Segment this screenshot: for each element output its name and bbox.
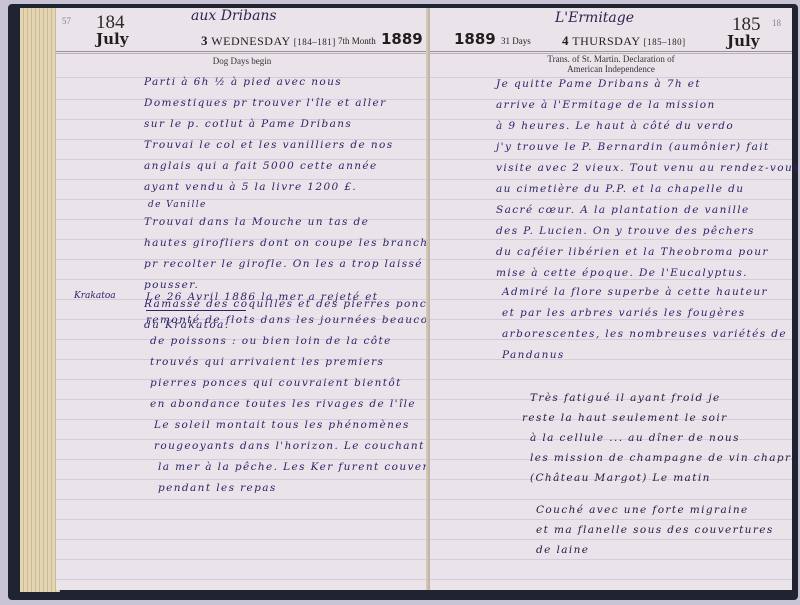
entry-line: rougeoyants dans l'horizon. Le couchant … [154,440,437,452]
entry-line: anglais qui a fait 5000 cette année [144,160,378,172]
corner-mark: 18 [772,18,781,28]
entry-line: Parti à 6h ½ à pied avec nous [144,76,342,88]
entry-line: visite avec 2 vieux. Tout venu au rendez… [496,162,800,174]
printed-note: Dog Days begin [56,56,428,66]
entry-line: de Vanille [148,200,207,210]
entry-line: trouvés qui arrivaient les premiers [150,356,384,368]
entry-line: Je quitte Pame Dribans à 7h et [496,78,701,90]
entry-line: Le soleil montait tous les phénomènes [154,419,410,431]
right-page: 1889 31 Days L'Ermitage 4 THURSDAY [185–… [430,8,792,590]
entry-line: à 9 heures. Le haut à côté du verdo [496,120,734,132]
entry-line: du caféier libérien et la Theobroma pour [496,246,769,258]
entry-line: ayant vendu à 5 la livre 1200 £. [144,181,357,193]
handwritten-place: L'Ermitage [555,10,634,26]
handwritten-place: aux Dribans [191,8,277,24]
printed-note-line: American Independence [430,64,792,74]
year: 1889 [381,30,423,48]
entry-line: reste la haut seulement le soir [522,412,728,424]
year-heading: 7th Month 1889 [338,30,423,48]
entry-line: Domestiques pr trouver l'île et aller [144,97,387,109]
entry-line: pierres ponces qui couvraient bientôt [150,377,402,389]
entry-line: (Château Margot) Le matin [530,472,711,484]
entry-line: Sacré cœur. A la plantation de vanille [496,204,750,216]
entry-line: des P. Lucien. On y trouve des pêchers [496,225,755,237]
entry-line: sur le p. cotlut à Pame Dribans [144,118,352,130]
entry-line: Trouvai dans la Mouche un tas de [144,216,369,228]
day-count: [185–180] [644,37,686,47]
year: 1889 [454,30,496,48]
month-ordinal: 7th Month [338,36,376,46]
entry-line: Admiré la flore superbe à cette hauteur [502,286,768,298]
entry-line: les mission de champagne de vin chapron [530,452,800,464]
margin-note: Krakatoa [74,291,116,301]
entry-line: au cimetière du P.P. et la chapelle du [496,183,744,195]
left-page: 57 184 July aux Dribans 3 WEDNESDAY [184… [56,8,429,590]
entry-line: mise à cette époque. De l'Eucalyptus. [496,267,748,279]
day-number: 3 [201,33,208,48]
entry-line: Le 26 Avril 1886 la mer a rejeté et [146,291,378,303]
entry-line: pendant les repas [158,482,277,494]
printed-note-line: Trans. of St. Martin. Declaration of [430,54,792,64]
page-edges [20,8,60,592]
entry-line: pousser. [144,279,199,291]
entry-line: de laine [536,544,589,556]
weekday: WEDNESDAY [211,34,290,48]
entry-line: Pandanus [502,349,565,361]
day-number: 4 [562,33,569,48]
entry-line: et par les arbres variés les fougères [502,307,746,319]
day-heading: 4 THURSDAY [185–180] [562,33,686,49]
entry-line: à la cellule ... au dîner de nous [530,432,740,444]
entry-line: arrive à l'Ermitage de la mission [496,99,716,111]
day-count: [184–181] [294,37,336,47]
entry-line: pr recolter le girofle. On les a trop la… [144,258,423,270]
month-label: July [96,30,128,48]
entry-line: de poissons : ou bien loin de la côte [150,335,392,347]
right-page-header: 1889 31 Days L'Ermitage 4 THURSDAY [185–… [430,8,792,68]
month-label: July [727,32,759,50]
entry-line: remonté de flots dans les journées beauc… [146,314,445,326]
entry-line: et ma flanelle sous des couvertures [536,524,774,536]
year-heading: 1889 31 Days [454,30,531,48]
printed-note: Trans. of St. Martin. Declaration of Ame… [430,54,792,74]
entry-line: j'y trouve le P. Bernardin (aumônier) fa… [496,141,770,153]
entry-line: arborescentes, les nombreuses variétés d… [502,328,787,340]
entry-line: hautes girofliers dont on coupe les bran… [144,237,443,249]
day-heading: 3 WEDNESDAY [184–181] [201,33,336,49]
header-rule [56,51,428,54]
days-label: 31 Days [501,36,531,46]
entry-line: Trouvai le col et les vanilliers de nos [144,139,394,151]
left-page-header: 57 184 July aux Dribans 3 WEDNESDAY [184… [56,8,428,68]
entry-line: Couché avec une forte migraine [536,504,749,516]
weekday: THURSDAY [572,34,640,48]
entry-line: en abondance toutes les rivages de l'île [150,398,416,410]
entry-line: la mer à la pêche. Les Ker furent couver… [158,461,441,473]
date-underline [146,310,246,311]
corner-mark: 57 [62,16,71,26]
entry-line: Très fatigué il ayant froid je [530,392,721,404]
